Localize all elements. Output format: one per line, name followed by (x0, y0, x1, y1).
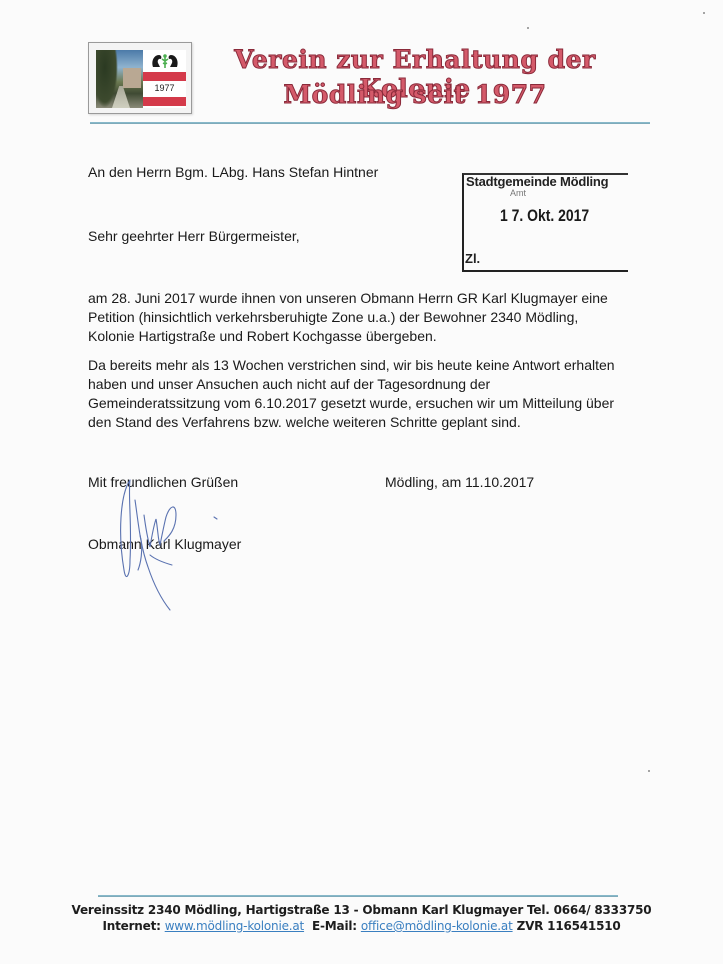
recipient: An den Herrn Bgm. LAbg. Hans Stefan Hint… (88, 163, 378, 182)
paragraph-1-line: Kolonie Hartigstraße und Robert Kochgass… (88, 327, 648, 346)
paragraph-2-line: Gemeinderatssitzung vom 6.10.2017 gesetz… (88, 394, 648, 413)
header-divider (90, 122, 650, 124)
paragraph-1: am 28. Juni 2017 wurde ihnen von unseren… (88, 289, 648, 346)
logo-year: 1977 (143, 83, 186, 93)
scan-speck (527, 27, 529, 29)
salutation: Sehr geehrter Herr Bürgermeister, (88, 227, 300, 246)
stamp-sub: Amt (510, 188, 526, 198)
email-label: E-Mail: (312, 919, 357, 933)
email-link[interactable]: office@mödling-kolonie.at (361, 919, 513, 933)
footer-contact: Internet: www.mödling-kolonie.at E-Mail:… (0, 919, 723, 933)
logo-flag: 1977 (143, 50, 186, 108)
scan-speck (703, 12, 705, 14)
place-date: Mödling, am 11.10.2017 (385, 473, 534, 492)
paragraph-1-line: Petition (hinsichtlich verkehrsberuhigte… (88, 308, 648, 327)
website-link[interactable]: www.mödling-kolonie.at (165, 919, 304, 933)
stamp-date: 1 7. Okt. 2017 (500, 206, 589, 226)
stamp-heading: Stadtgemeinde Mödling (466, 174, 608, 189)
colony-photo (96, 50, 143, 108)
association-logo: 1977 (88, 42, 192, 114)
handwritten-signature (110, 475, 220, 615)
stamp-reference-label: Zl. (465, 251, 480, 266)
paragraph-2: Da bereits mehr als 13 Wochen verstriche… (88, 356, 648, 432)
paragraph-2-line: Da bereits mehr als 13 Wochen verstriche… (88, 356, 648, 375)
scan-speck (648, 770, 650, 772)
internet-label: Internet: (102, 919, 160, 933)
paragraph-2-line: haben und unser Ansuchen auch nicht auf … (88, 375, 648, 394)
footer-address: Vereinssitz 2340 Mödling, Hartigstraße 1… (0, 903, 723, 917)
hands-holding-tree-icon (151, 53, 179, 69)
letterhead-title-line2: Mödling seit 1977 (195, 80, 635, 109)
footer-divider (98, 895, 618, 897)
paragraph-1-line: am 28. Juni 2017 wurde ihnen von unseren… (88, 289, 648, 308)
paragraph-2-line: den Stand des Verfahrens bzw. welche wei… (88, 413, 648, 432)
zvr-number: ZVR 116541510 (517, 919, 621, 933)
